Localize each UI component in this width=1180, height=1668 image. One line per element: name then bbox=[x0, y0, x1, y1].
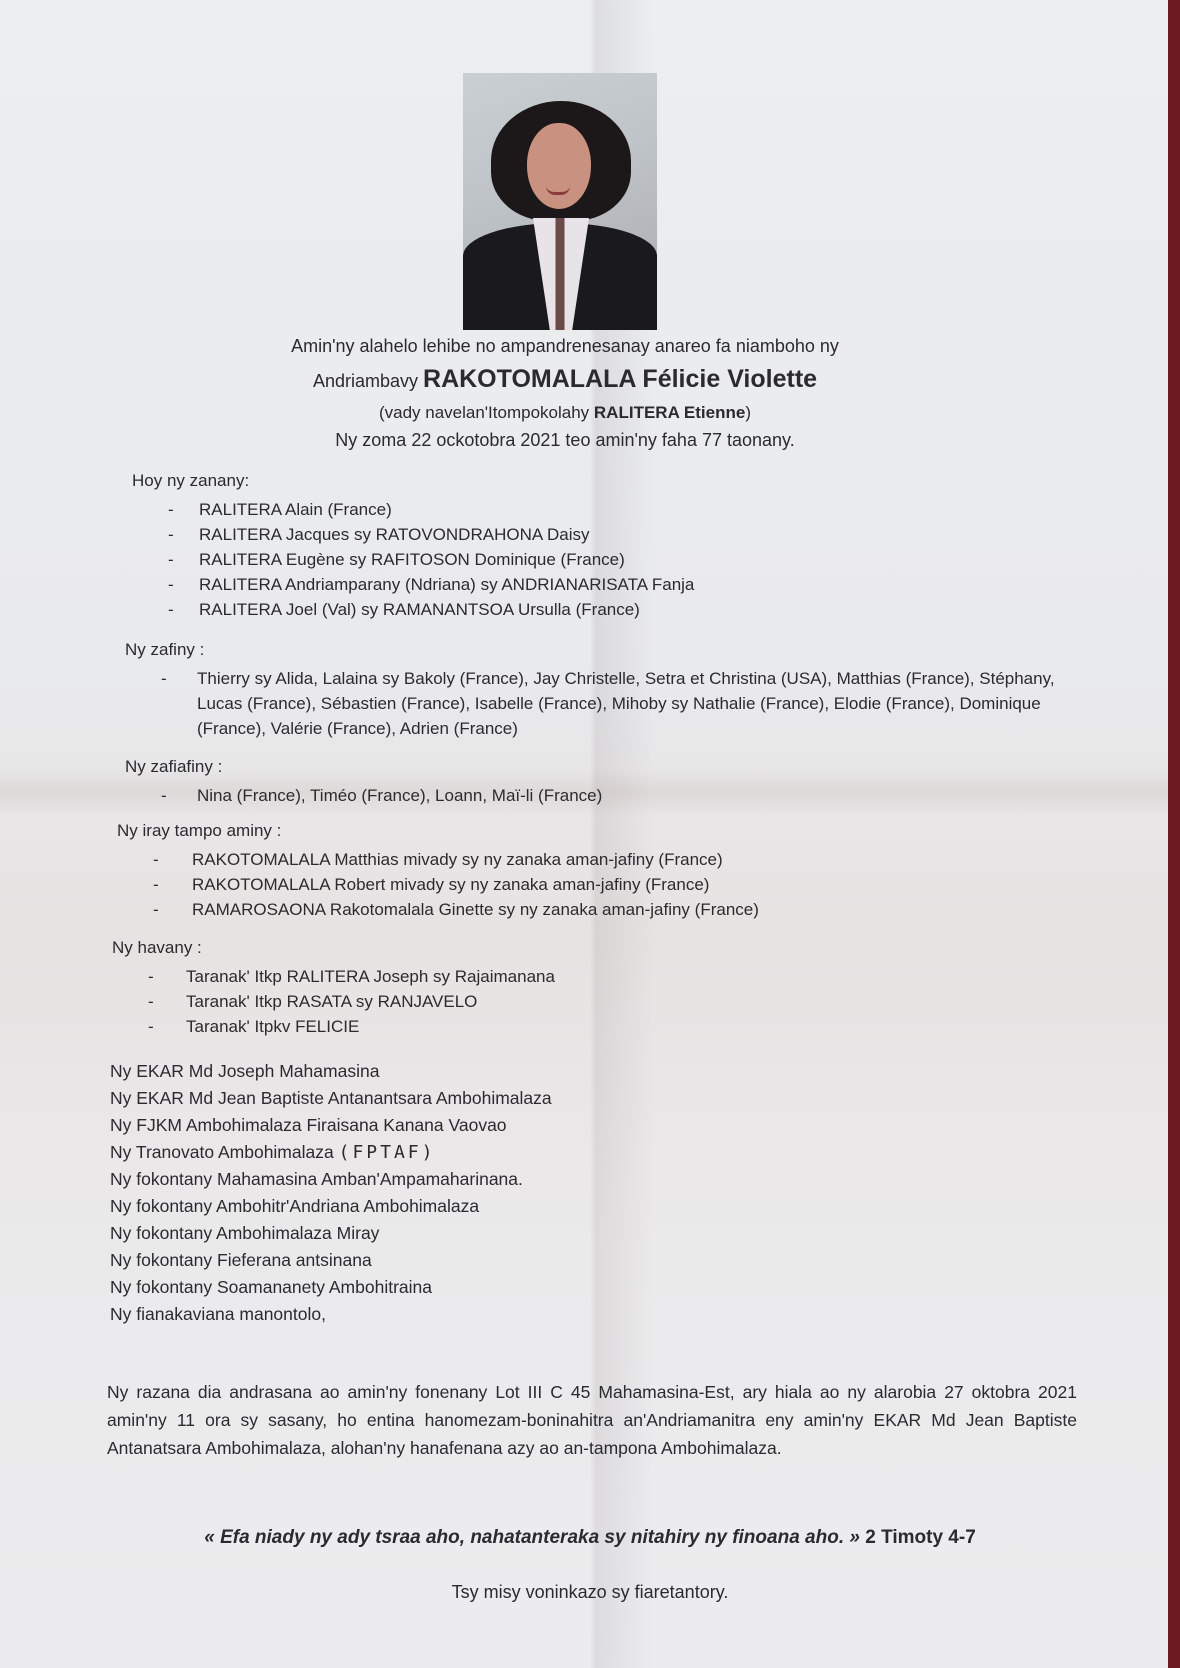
section-heading: Ny iray tampo aminy : bbox=[117, 818, 759, 843]
list-item: RALITERA Eugène sy RAFITOSON Dominique (… bbox=[132, 547, 694, 572]
intro-text: Amin'ny alahelo lehibe no ampandrenesana… bbox=[0, 336, 1130, 357]
relatives-list: Taranak' Itkp RALITERA Joseph sy Rajaima… bbox=[112, 964, 555, 1039]
spouse-line: (vady navelan'Itompokolahy RALITERA Etie… bbox=[0, 403, 1130, 423]
portrait-photo bbox=[463, 73, 657, 330]
siblings-section: Ny iray tampo aminy : RAKOTOMALALA Matth… bbox=[117, 818, 759, 922]
org-line: Ny fianakaviana manontolo, bbox=[110, 1301, 552, 1328]
organizations-list: Ny EKAR Md Joseph Mahamasina Ny EKAR Md … bbox=[110, 1058, 552, 1328]
verse-reference: 2 Timoty 4-7 bbox=[865, 1527, 976, 1548]
org-line: Ny fokontany Soamananety Ambohitraina bbox=[110, 1274, 552, 1301]
relatives-section: Ny havany : Taranak' Itkp RALITERA Josep… bbox=[112, 935, 555, 1039]
list-item: Nina (France), Timéo (France), Loann, Ma… bbox=[125, 783, 602, 808]
obituary-paper: Amin'ny alahelo lehibe no ampandrenesana… bbox=[0, 0, 1168, 1668]
great-grandchildren-list: Nina (France), Timéo (France), Loann, Ma… bbox=[125, 783, 602, 808]
spouse-suffix: ) bbox=[745, 403, 751, 422]
org-line: Ny fokontany Ambohimalaza Miray bbox=[110, 1220, 552, 1247]
section-heading: Ny havany : bbox=[112, 935, 555, 960]
closing-note: Tsy misy voninkazo sy fiaretantory. bbox=[0, 1582, 1180, 1603]
list-item: Taranak' Itkp RALITERA Joseph sy Rajaima… bbox=[112, 964, 555, 989]
title-prefix: Andriambavy bbox=[313, 371, 418, 391]
section-heading: Ny zafiny : bbox=[125, 637, 1055, 662]
org-line: Ny EKAR Md Joseph Mahamasina bbox=[110, 1058, 552, 1085]
great-grandchildren-section: Ny zafiafiny : Nina (France), Timéo (Fra… bbox=[125, 754, 602, 808]
list-item: RAKOTOMALALA Matthias mivady sy ny zanak… bbox=[117, 847, 759, 872]
deceased-name: RAKOTOMALALA Félicie Violette bbox=[423, 365, 817, 393]
list-item: RALITERA Alain (France) bbox=[132, 497, 694, 522]
spouse-prefix: (vady navelan'Itompokolahy bbox=[379, 403, 589, 422]
section-heading: Ny zafiafiny : bbox=[125, 754, 602, 779]
org-text: Ny Tranovato Ambohimalaza bbox=[110, 1142, 334, 1162]
section-heading: Hoy ny zanany: bbox=[132, 468, 694, 493]
org-line: Ny fokontany Mahamasina Amban'Ampamahari… bbox=[110, 1166, 552, 1193]
death-date-line: Ny zoma 22 ockotobra 2021 teo amin'ny fa… bbox=[0, 430, 1130, 451]
list-item: Taranak' Itpkv FELICIE bbox=[112, 1014, 555, 1039]
list-item: Thierry sy Alida, Lalaina sy Bakoly (Fra… bbox=[125, 666, 1055, 741]
siblings-list: RAKOTOMALALA Matthias mivady sy ny zanak… bbox=[117, 847, 759, 922]
list-item: RALITERA Jacques sy RATOVONDRAHONA Daisy bbox=[132, 522, 694, 547]
list-item: RAMAROSAONA Rakotomalala Ginette sy ny z… bbox=[117, 897, 759, 922]
children-section: Hoy ny zanany: RALITERA Alain (France)RA… bbox=[132, 468, 694, 622]
grandchildren-section: Ny zafiny : Thierry sy Alida, Lalaina sy… bbox=[125, 637, 1055, 741]
list-item: RALITERA Joel (Val) sy RAMANANTSOA Ursul… bbox=[132, 597, 694, 622]
grandchildren-list: Thierry sy Alida, Lalaina sy Bakoly (Fra… bbox=[125, 666, 1055, 741]
photo-face bbox=[527, 123, 591, 209]
handwritten-note: (FPTAF) bbox=[339, 1142, 436, 1163]
list-item: Taranak' Itkp RASATA sy RANJAVELO bbox=[112, 989, 555, 1014]
org-line: Ny fokontany Ambohitr'Andriana Ambohimal… bbox=[110, 1193, 552, 1220]
org-line: Ny fokontany Fieferana antsinana bbox=[110, 1247, 552, 1274]
funeral-details: Ny razana dia andrasana ao amin'ny fonen… bbox=[107, 1378, 1077, 1462]
org-line: Ny Tranovato Ambohimalaza (FPTAF) bbox=[110, 1139, 552, 1166]
deceased-name-line: Andriambavy RAKOTOMALALA Félicie Violett… bbox=[0, 365, 1130, 394]
verse-text: « Efa niady ny ady tsraa aho, nahatanter… bbox=[204, 1527, 860, 1548]
spouse-name: RALITERA Etienne bbox=[594, 403, 745, 422]
children-list: RALITERA Alain (France)RALITERA Jacques … bbox=[132, 497, 694, 622]
org-line: Ny FJKM Ambohimalaza Firaisana Kanana Va… bbox=[110, 1112, 552, 1139]
org-line: Ny EKAR Md Jean Baptiste Antanantsara Am… bbox=[110, 1085, 552, 1112]
list-item: RAKOTOMALALA Robert mivady sy ny zanaka … bbox=[117, 872, 759, 897]
bible-verse: « Efa niady ny ady tsraa aho, nahatanter… bbox=[0, 1527, 1180, 1549]
list-item: RALITERA Andriamparany (Ndriana) sy ANDR… bbox=[132, 572, 694, 597]
